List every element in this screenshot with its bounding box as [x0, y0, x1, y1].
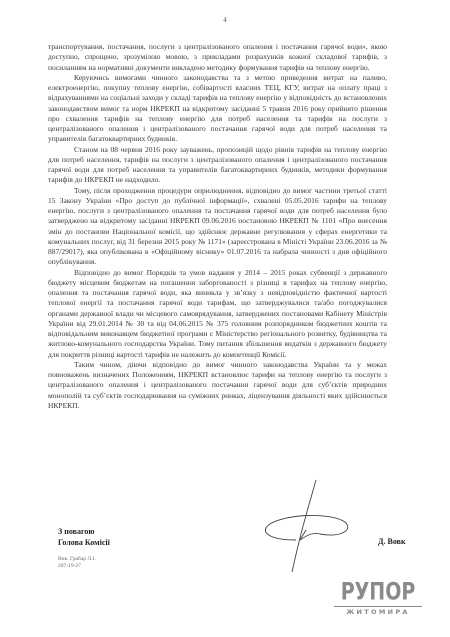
letter-body: транспортування, постачання, послуги з ц… — [48, 42, 387, 411]
executor-name: Вик. Грабар Л.І. — [58, 556, 96, 563]
watermark-logo: РУПОР ЖИТОМИРА — [328, 582, 428, 616]
watermark-subtitle: ЖИТОМИРА — [328, 608, 428, 616]
paragraph-1: транспортування, постачання, послуги з ц… — [48, 42, 387, 73]
closing-greeting: З повагою — [58, 526, 110, 537]
page-number: 4 — [0, 16, 450, 24]
paragraph-6: Таким чином, діючи відповідно до вимог ч… — [48, 360, 387, 411]
watermark-title: РУПОР — [328, 580, 428, 605]
signer-name: Д. Вовк — [378, 537, 406, 546]
closing-block: З повагою Голова Комісії — [58, 526, 110, 548]
signer-position: Голова Комісії — [58, 537, 110, 548]
paragraph-4: Тому, після проходження процедури оприлю… — [48, 186, 387, 268]
executor-info: Вик. Грабар Л.І. 207-19-27 — [58, 556, 96, 570]
paragraph-2: Керуючись вимогами чинного законодавства… — [48, 73, 387, 145]
watermark-divider — [334, 606, 422, 607]
paragraph-3: Станом на 08 червня 2016 року зауважень,… — [48, 145, 387, 186]
executor-phone: 207-19-27 — [58, 563, 96, 570]
handwritten-signature — [250, 478, 360, 578]
paragraph-5: Відповідно до вимог Порядків та умов над… — [48, 268, 387, 360]
